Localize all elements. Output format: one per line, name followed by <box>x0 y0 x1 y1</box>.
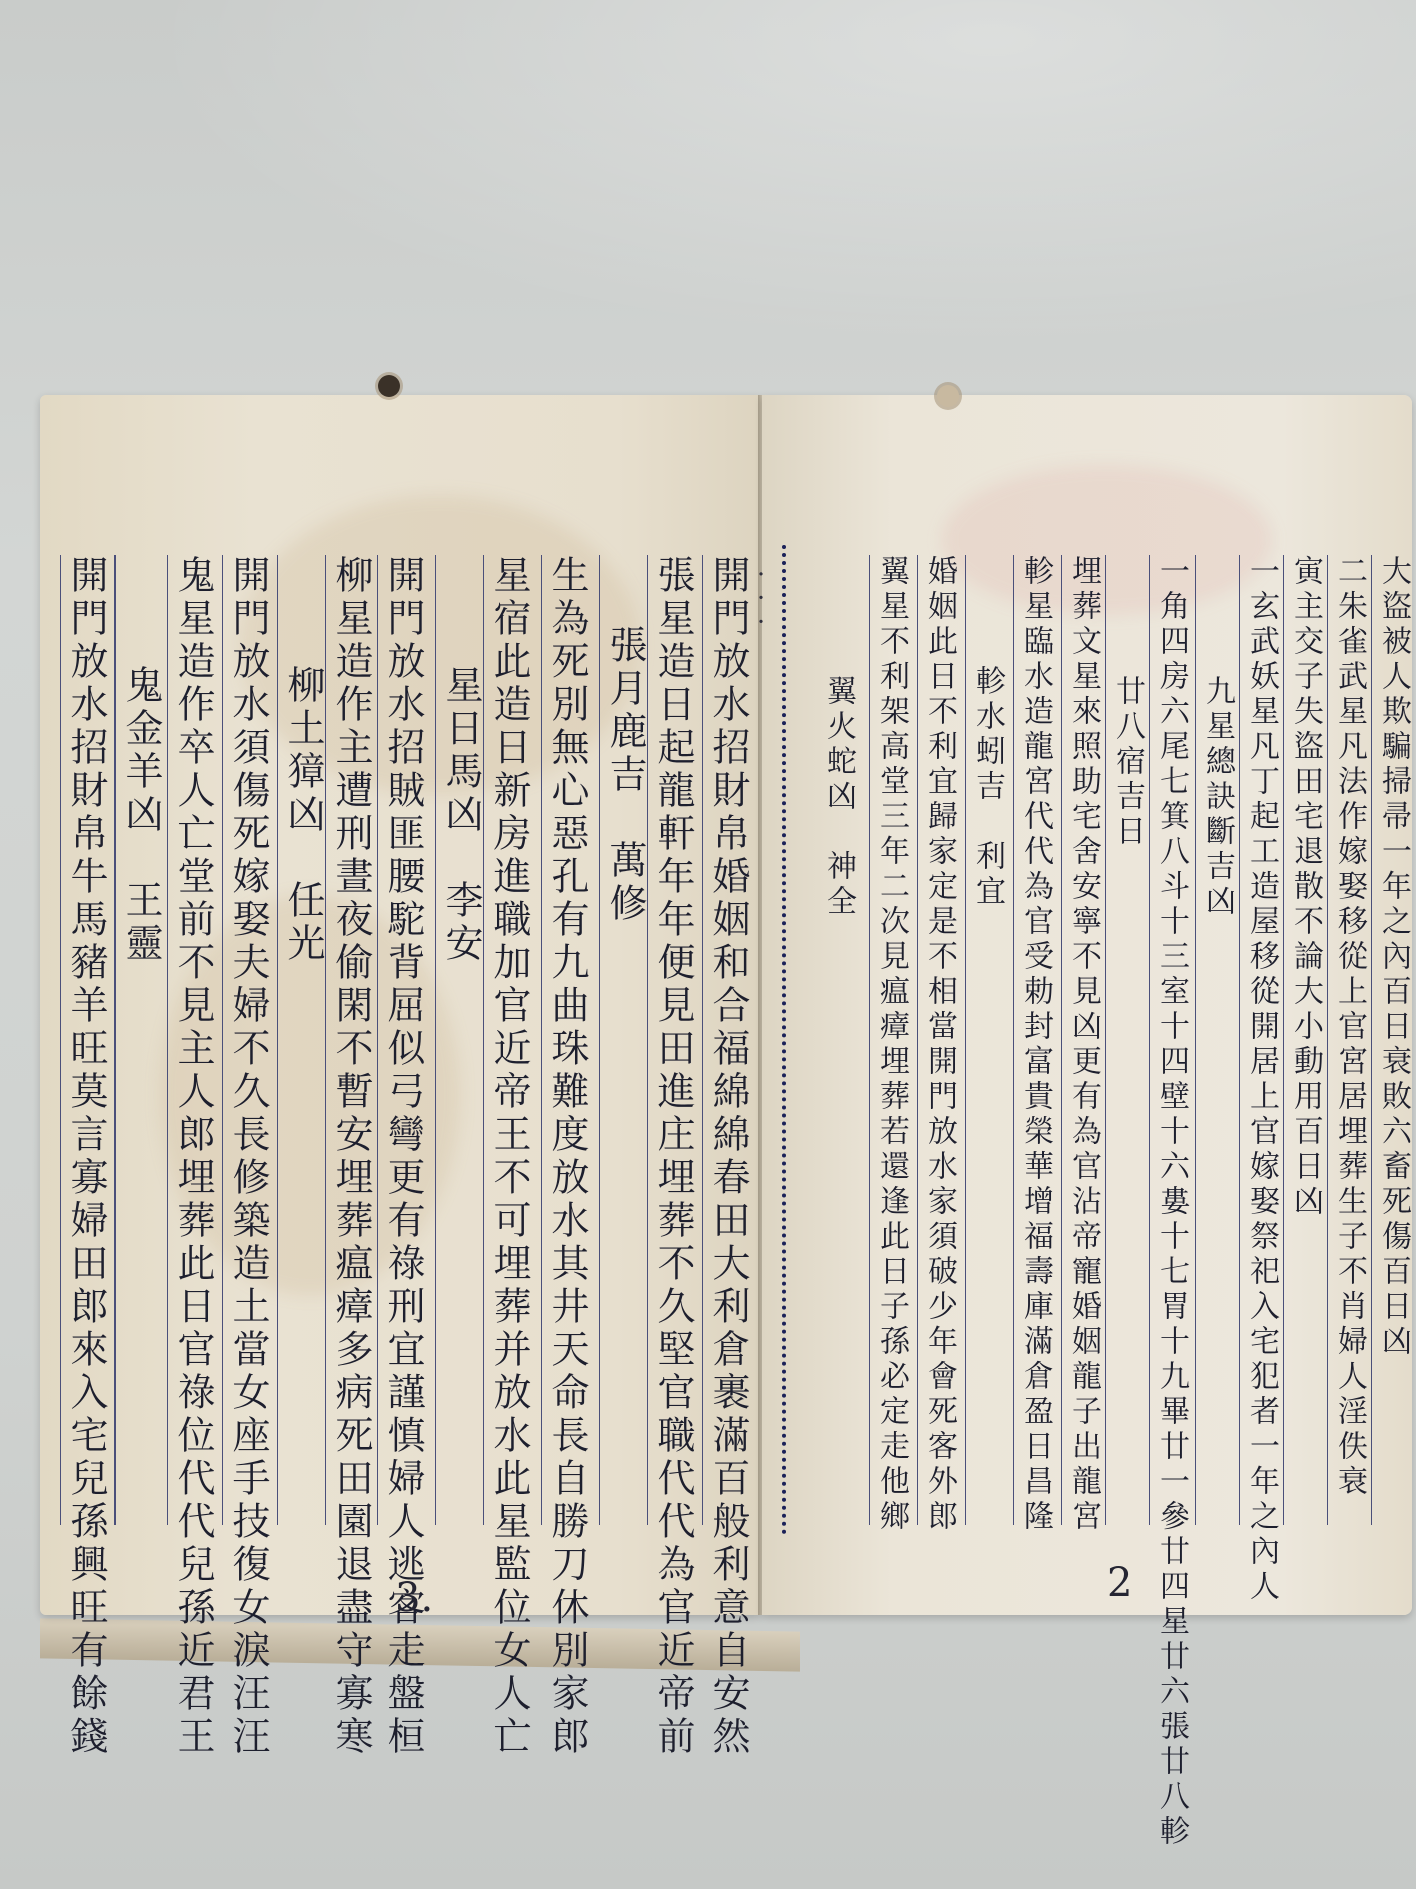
text-column: 生為死別無心惡孔有九曲珠難度放水其井天命長自勝刀休別家郎 <box>541 555 599 1525</box>
column-text: 開門放水招財帛婚姻和合福綿綿春田大利倉裹滿百般利意自安然 <box>709 555 747 1759</box>
right-page-columns: 大盜被人欺騙掃帚一年之內百日衰敗六畜死傷百日凶 二朱雀武星凡法作嫁娶移從上官宮居… <box>817 555 1416 1525</box>
text-column: 一角四房六尾七箕八斗十三室十四壁十六婁十七胃十九畢廿一參廿四星廿六張廿八軫 <box>1149 555 1195 1525</box>
text-column: 星日馬凶 李安 <box>435 555 483 1525</box>
text-column: 開門放水須傷死嫁娶夫婦不久長修築造土當女座手技復女淚汪汪 <box>222 555 277 1525</box>
column-text: 張月鹿吉 萬修 <box>606 625 644 926</box>
background-glare <box>0 0 1416 400</box>
column-text: 一角四房六尾七箕八斗十三室十四壁十六婁十七胃十九畢廿一參廿四星廿六張廿八軫 <box>1156 555 1186 1850</box>
binding-hole <box>378 375 400 397</box>
text-column: 寅主交子失盜田宅退散不論大小動用百日凶 <box>1283 555 1327 1525</box>
column-text: 廿八宿吉日 <box>1112 675 1142 850</box>
text-column: 翼星不利架高堂三年二次見瘟瘴埋葬若還逢此日子孫必定走他鄉 <box>869 555 917 1525</box>
column-text: 柳星造作主遭刑晝夜偷閑不暫安埋葬瘟瘴多病死田園退盡守寡寒 <box>332 555 370 1759</box>
text-column: 張月鹿吉 萬修 <box>599 555 647 1525</box>
right-page: ・ ・ ・ 大盜被人欺騙掃帚一年之內百日衰敗六畜死傷百日凶 二朱雀武星凡法作嫁娶… <box>762 395 1412 1615</box>
column-text: 翼火蛇凶 神全 <box>823 675 853 920</box>
text-column: 開門放水招賊匪腰駝背屈似弓彎更有祿刑宜謹慎婦人逃客走盤桓 <box>377 555 435 1525</box>
text-column: 柳土獐凶 任光 <box>277 555 325 1525</box>
text-column: 柳星造作主遭刑晝夜偷閑不暫安埋葬瘟瘴多病死田園退盡守寡寒 <box>325 555 377 1525</box>
text-column: 張星造日起龍軒年年便見田進庄埋葬不久堅官職代代為官近帝前 <box>647 555 702 1525</box>
column-text: 寅主交子失盜田宅退散不論大小動用百日凶 <box>1290 555 1320 1220</box>
text-column: 鬼金羊凶 王靈 <box>115 555 167 1525</box>
column-text: 軫星臨水造龍宮代代為官受勅封富貴榮華增福壽庫滿倉盈日昌隆 <box>1020 555 1050 1535</box>
column-text: 翼星不利架高堂三年二次見瘟瘴埋葬若還逢此日子孫必定走他鄉 <box>876 555 906 1535</box>
text-column: 開門放水招財帛婚姻和合福綿綿春田大利倉裹滿百般利意自安然 <box>702 555 755 1525</box>
text-column: 星宿此造日新房進職加官近帝王不可埋葬并放水此星監位女人亡 <box>483 555 541 1525</box>
text-column: 翼火蛇凶 神全 <box>817 555 869 1525</box>
column-text: 二朱雀武星凡法作嫁娶移從上官宮居埋葬生子不肖婦人淫佚衰 <box>1334 555 1364 1500</box>
text-column: 二朱雀武星凡法作嫁娶移從上官宮居埋葬生子不肖婦人淫佚衰 <box>1327 555 1371 1525</box>
text-column: 婚姻此日不利宜歸家定是不相當開門放水家須破少年會死客外郎 <box>917 555 965 1525</box>
decorative-border-line <box>782 545 792 1535</box>
column-text: 婚姻此日不利宜歸家定是不相當開門放水家須破少年會死客外郎 <box>924 555 954 1535</box>
column-text: 星宿此造日新房進職加官近帝王不可埋葬并放水此星監位女人亡 <box>490 555 528 1759</box>
column-text: 星日馬凶 李安 <box>442 665 480 966</box>
left-page-columns: 開門放水招財帛婚姻和合福綿綿春田大利倉裹滿百般利意自安然 張星造日起龍軒年年便見… <box>60 555 755 1525</box>
left-page: 開門放水招財帛婚姻和合福綿綿春田大利倉裹滿百般利意自安然 張星造日起龍軒年年便見… <box>40 395 760 1615</box>
column-text: 生為死別無心惡孔有九曲珠難度放水其井天命長自勝刀休別家郎 <box>548 555 586 1759</box>
column-text: 柳土獐凶 任光 <box>284 665 322 966</box>
column-text: 九星總訣斷吉凶 <box>1202 675 1232 920</box>
column-text: 鬼星造作卒人亡堂前不見主人郎埋葬此日官祿位代代兒孫近君王 <box>174 555 212 1759</box>
text-column: 一玄武妖星凡丁起工造屋移從開居上官嫁娶祭祀入宅犯者一年之內人 <box>1239 555 1283 1525</box>
text-column: 鬼星造作卒人亡堂前不見主人郎埋葬此日官祿位代代兒孫近君王 <box>167 555 222 1525</box>
text-column: 廿八宿吉日 <box>1105 555 1149 1525</box>
binding-hole <box>937 385 959 407</box>
column-text: 開門放水須傷死嫁娶夫婦不久長修築造土當女座手技復女淚汪汪 <box>229 555 267 1759</box>
text-column: 軫星臨水造龍宮代代為官受勅封富貴榮華增福壽庫滿倉盈日昌隆 <box>1013 555 1061 1525</box>
text-column: 大盜被人欺騙掃帚一年之內百日衰敗六畜死傷百日凶 <box>1371 555 1416 1525</box>
column-text: 軫水蚓吉 利宜 <box>972 665 1002 910</box>
open-book: 開門放水招財帛婚姻和合福綿綿春田大利倉裹滿百般利意自安然 張星造日起龍軒年年便見… <box>40 395 1400 1645</box>
column-text: 鬼金羊凶 王靈 <box>122 665 160 966</box>
text-column: 埋葬文星來照助宅舍安寧不見凶更有為官沾帝寵婚姻龍子出龍宮 <box>1061 555 1105 1525</box>
column-text: 埋葬文星來照助宅舍安寧不見凶更有為官沾帝寵婚姻龍子出龍宮 <box>1068 555 1098 1535</box>
column-text: 大盜被人欺騙掃帚一年之內百日衰敗六畜死傷百日凶 <box>1378 555 1408 1360</box>
text-column: 九星總訣斷吉凶 <box>1195 555 1239 1525</box>
column-text: 張星造日起龍軒年年便見田進庄埋葬不久堅官職代代為官近帝前 <box>654 555 692 1759</box>
column-text: 開門放水招財帛牛馬豬羊旺莫言寡婦田郎來入宅兒孫興旺有餘錢 <box>67 555 105 1759</box>
column-text: 一玄武妖星凡丁起工造屋移從開居上官嫁娶祭祀入宅犯者一年之內人 <box>1246 555 1276 1605</box>
text-column: 軫水蚓吉 利宜 <box>965 555 1013 1525</box>
page-number: 3. <box>395 1575 433 1621</box>
margin-marks: ・ ・ ・ <box>746 565 772 630</box>
text-column: 開門放水招財帛牛馬豬羊旺莫言寡婦田郎來入宅兒孫興旺有餘錢 <box>60 555 115 1525</box>
page-number: 2 <box>1107 1560 1132 1606</box>
